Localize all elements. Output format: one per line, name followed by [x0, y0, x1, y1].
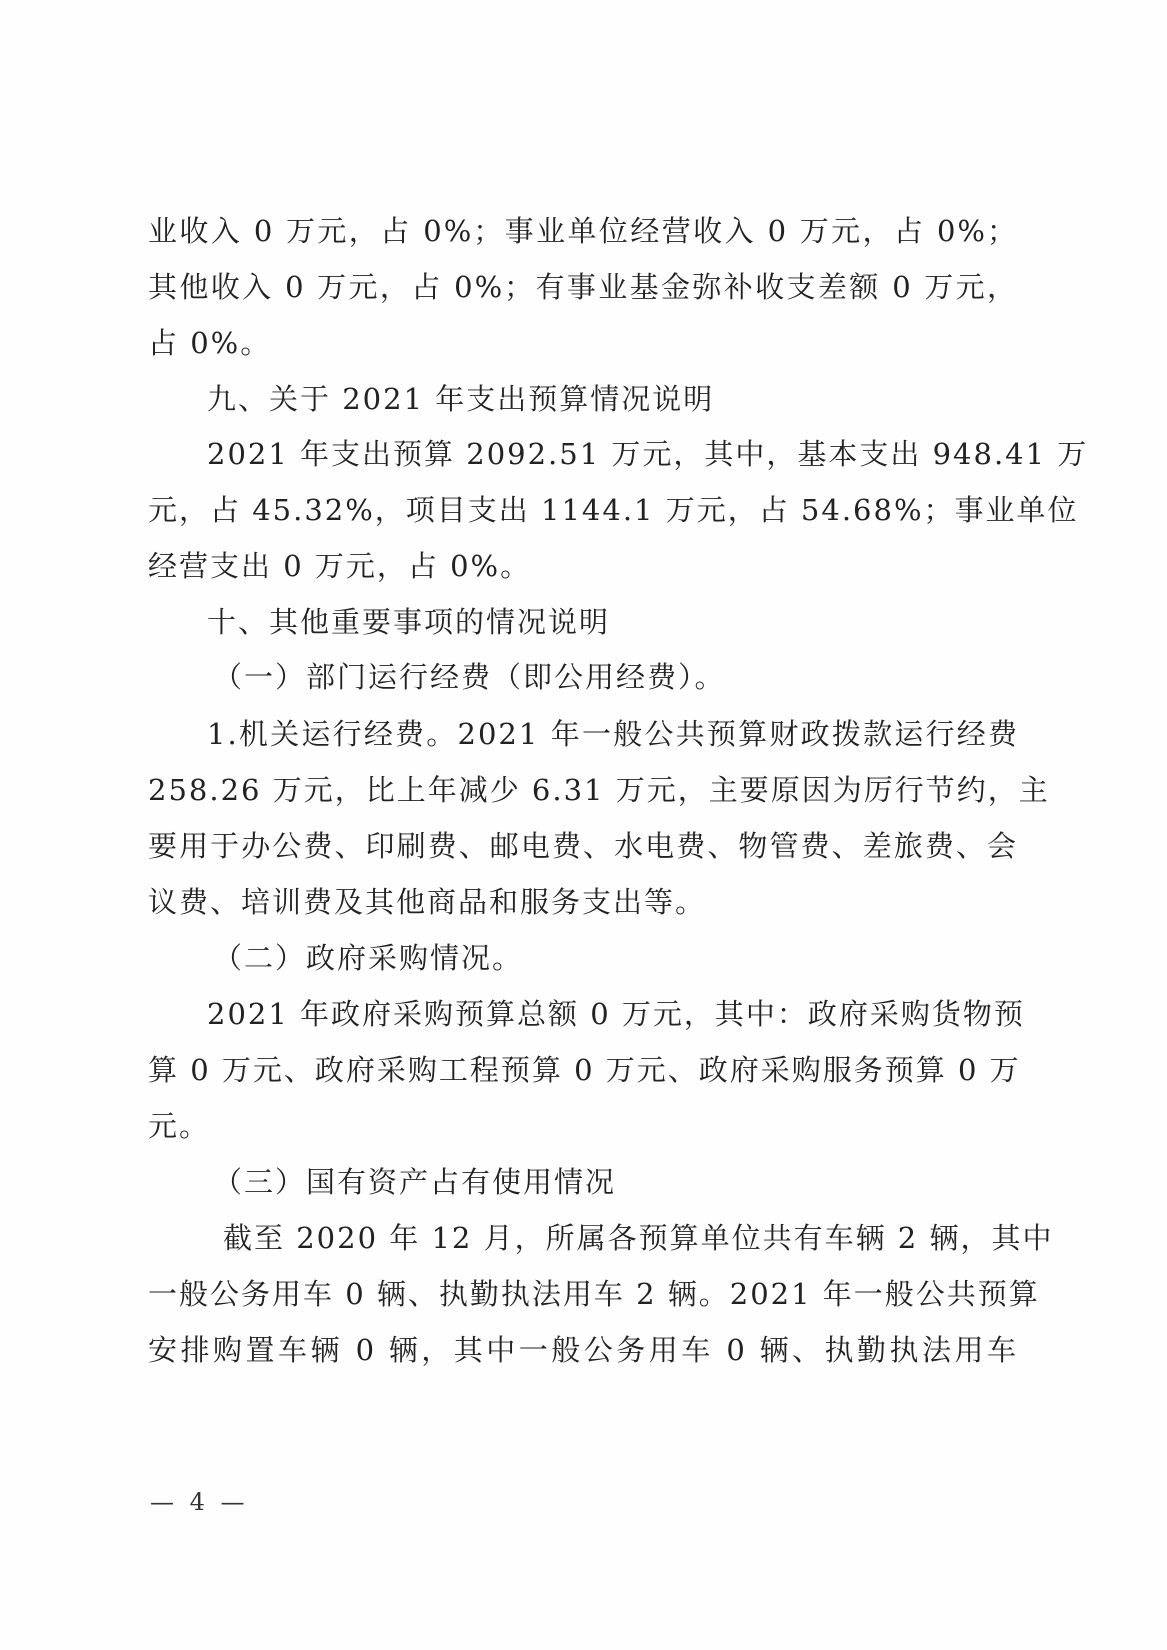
paragraph-line: 截至 2020 年 12 月，所属各预算单位共有车辆 2 辆，其中	[223, 1218, 1019, 1258]
paragraph-line: 业收入 0 万元，占 0%；事业单位经营收入 0 万元，占 0%；	[148, 211, 1018, 251]
document-page: 业收入 0 万元，占 0%；事业单位经营收入 0 万元，占 0%； 其他收入 0…	[0, 0, 1167, 1650]
section-heading-10: 十、其他重要事项的情况说明	[207, 602, 1077, 642]
paragraph-line: 经营支出 0 万元，占 0%。	[148, 546, 1018, 586]
paragraph-line: 258.26 万元，比上年减少 6.31 万元，主要原因为厉行节约，主	[148, 770, 1018, 810]
paragraph-line: 安排购置车辆 0 辆，其中一般公务用车 0 辆、执勤执法用车	[148, 1330, 1018, 1370]
subsection-heading-1: （一）部门运行经费（即公用经费）。	[213, 657, 1083, 697]
paragraph-line: 元，占 45.32%，项目支出 1144.1 万元，占 54.68%；事业单位	[148, 490, 1018, 530]
paragraph-line: 元。	[148, 1106, 1018, 1146]
subsection-heading-2: （二）政府采购情况。	[213, 938, 1083, 978]
section-heading-9: 九、关于 2021 年支出预算情况说明	[207, 379, 1077, 419]
paragraph-line justify: 2021 年支出预算 2092.51 万元，其中，基本支出 948.41 万	[207, 434, 1019, 474]
paragraph-line: 2021 年政府采购预算总额 0 万元，其中：政府采购货物预	[207, 994, 1019, 1034]
page-number: — 4 —	[150, 1487, 249, 1517]
paragraph-line: 其他收入 0 万元，占 0%；有事业基金弥补收支差额 0 万元，	[148, 267, 1018, 307]
paragraph-line: 算 0 万元、政府采购工程预算 0 万元、政府采购服务预算 0 万	[148, 1050, 1018, 1090]
paragraph-line: 占 0%。	[148, 323, 1018, 363]
subsection-heading-3: （三）国有资产占有使用情况	[213, 1162, 1083, 1202]
paragraph-line: 1.机关运行经费。2021 年一般公共预算财政拨款运行经费	[207, 714, 1019, 754]
paragraph-line: 一般公务用车 0 辆、执勤执法用车 2 辆。2021 年一般公共预算	[148, 1274, 1018, 1314]
paragraph-line: 议费、培训费及其他商品和服务支出等。	[148, 882, 1018, 922]
paragraph-line: 要用于办公费、印刷费、邮电费、水电费、物管费、差旅费、会	[148, 826, 1018, 866]
